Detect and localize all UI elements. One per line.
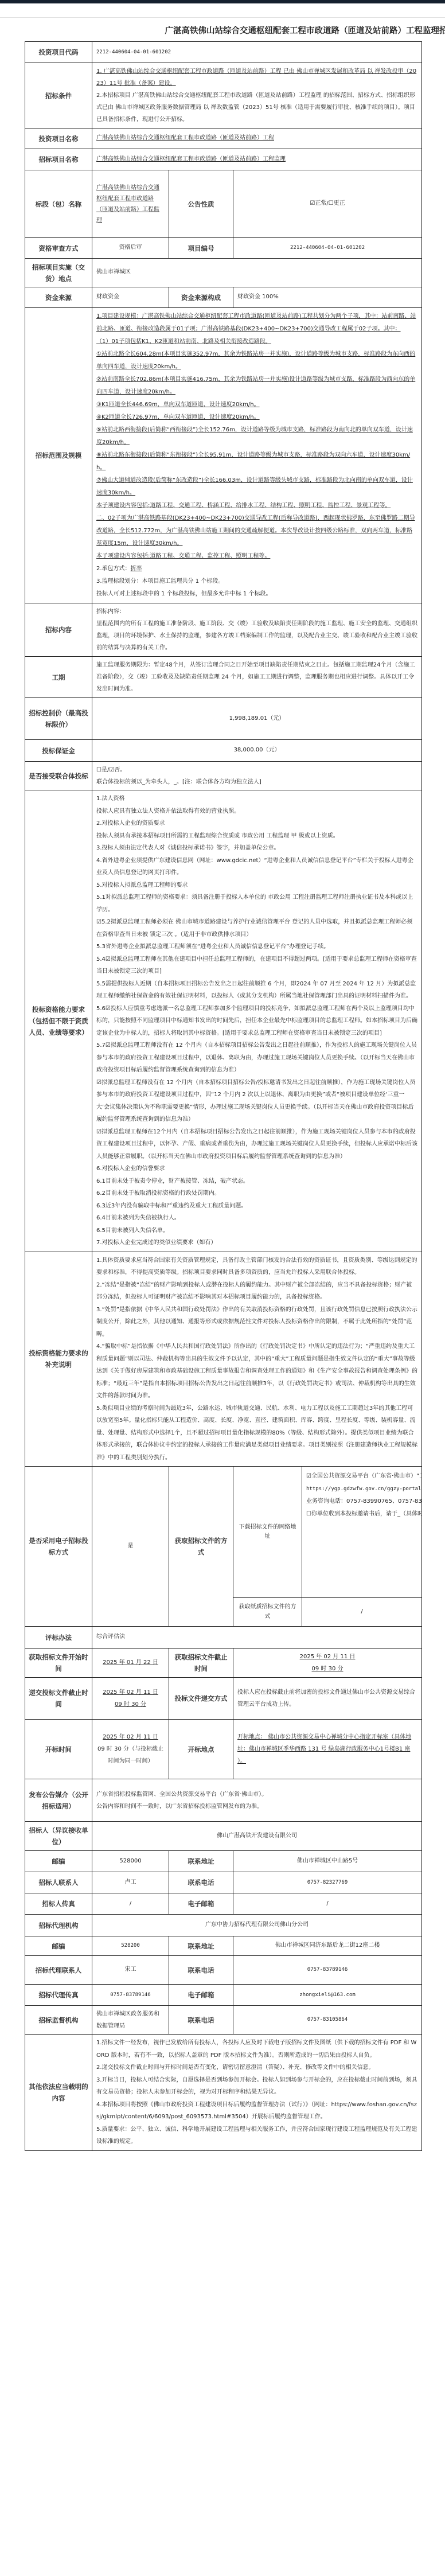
agency-email-value[interactable]: zhongxieli@163.com: [233, 1985, 422, 2006]
tender-table: 投资项目代码 2212-440604-04-01-601202 招标条件 1. …: [25, 41, 422, 2151]
monitoring-link-line: 4.本招标项目将按照《佛山市政府投资工程建设项目标后履约监督管理办法（试行）》（…: [96, 2099, 417, 2123]
label-media: 发布公告媒介（公开招标适用）: [25, 1779, 92, 1822]
row-media: 发布公告媒介（公开招标适用） 广东省招标投标监管网、全国公共资源交易平台（广东省…: [25, 1779, 422, 1822]
label-funding-composition: 资金来源构成: [169, 287, 233, 308]
scope-value: 1.项目建设规模：广湛高铁佛山站综合交通枢纽配套工程市政道路(匝道及站前路)工程…: [92, 308, 422, 603]
row-electronic: 是否采用电子招标投标方式 是 获取招标文件的方式 下载招标文件的网络地址 ☑全国…: [25, 1467, 422, 1598]
label-control-price: 招标控制价（最高投标限价）: [25, 698, 92, 740]
row-tenderer: 招标人（异议接收单位） 佛山广湛高铁开发建设有限公司: [25, 1822, 422, 1851]
row-opening: 开标时间 2025 年 02 月 11 日 09 时 30 分（与投标截止时间为…: [25, 1720, 422, 1779]
qualification-value: 资格后审: [92, 238, 169, 259]
row-funding: 资金来源 财政资金 资金来源构成 财政资金 100%: [25, 287, 422, 308]
label-funding: 资金来源: [25, 287, 92, 308]
label-conditions: 招标条件: [25, 63, 92, 128]
label-other: 其他依法应当载明的内容: [25, 2035, 92, 2151]
online-address-value: ☑全国公共资源交易平台（广东省·佛山市）“工程建设”栏目。 https://yg…: [302, 1467, 422, 1598]
row-deposit: 投标保证金 38,000.00（元）: [25, 740, 422, 762]
row-invest-code: 投资项目代码 2212-440604-04-01-601202: [25, 42, 422, 63]
scope-line: ①站前北路全长604.28m(本项目实施352.97m，其余为铁路站房一并实施)…: [96, 348, 417, 373]
row-agency-fax: 招标代理传真 0757-83789146 电子邮箱 zhongxieli@163…: [25, 1985, 422, 2006]
tenderer-postcode-value: 528000: [92, 1851, 169, 1872]
tender-name-value: 广湛高铁佛山站综合交通枢纽配套工程市政道路（匝道及站前路）工程监理: [92, 149, 422, 170]
label-supplement: 投标资格能力要求的补充说明: [25, 1252, 92, 1467]
scope-line: 二、02子项为广湛高铁路基段(DK23+400~DK23+700)交通导改工程(…: [96, 512, 417, 550]
scope-line: ⑥站前北路东衔接段(后简称“东衔接段”)全长95.91m，设计道路等级为城市支路…: [96, 449, 417, 474]
invest-code-value: 2212-440604-04-01-601202: [92, 42, 422, 63]
deposit-value: 38,000.00（元）: [92, 740, 422, 762]
supervisor-value: 佛山市禅城区政务服务和数据管理局: [92, 2006, 169, 2035]
label-submit-method: 投标文件递交方式: [169, 1678, 233, 1720]
tenderer-email-value: /: [233, 1893, 422, 1915]
tenderer-fax-value: /: [92, 1893, 169, 1915]
scope-line: 1.项目建设规模：广湛高铁佛山站综合交通枢纽配套工程市政道路(匝道及站前路)工程…: [96, 310, 417, 336]
tenderer-contact-value: 卢工: [92, 1872, 169, 1893]
tenderer-phone-value: 0757-82327769: [233, 1872, 422, 1893]
scope-line: ⑦佛山大道辅道改造段(后简称“东改造段”)全长166.03m，设计道路等级头城市…: [96, 474, 417, 500]
row-tenderer-post: 邮编 528000 联系地址 佛山市禅城区中山路5号: [25, 1851, 422, 1872]
agency-postcode-value: 528200: [92, 1936, 169, 1956]
row-tenderer-fax: 招标人传真 / 电子邮箱 /: [25, 1893, 422, 1915]
duration-value: 施工监理服务期限为：暂定48个月，从签订监理合同之日开始至项目缺陷责任期结束之日…: [92, 657, 422, 698]
label-location: 招标项目实施（交货）地点: [25, 259, 92, 287]
header-divider: [0, 17, 445, 18]
row-control-price: 招标控制价（最高投标限价） 1,998,189.01（元）: [25, 698, 422, 740]
supplement-value: 1.具体资质要求应当符合国家有关资质管理规定，具备行政主管部门核发的合法有效的资…: [92, 1252, 422, 1467]
label-opening-time: 开标时间: [25, 1720, 92, 1779]
label-agency-phone: 联系电话: [169, 1956, 233, 1985]
row-invest-name: 投资项目名称 广湛高铁佛山站综合交通枢纽配套工程市政道路（匝道及站前路）工程: [25, 128, 422, 149]
contract-mode-line: 2.承包方式：折率: [96, 563, 417, 575]
label-duration: 工期: [25, 657, 92, 698]
opening-place-value: 开标地点： 佛山市公共资源交易中心禅城分中心指定开标室（具体地址：佛山市禅城区季…: [233, 1720, 422, 1779]
control-price-value: 1,998,189.01（元）: [92, 698, 422, 740]
label-agency-postcode: 邮编: [25, 1936, 92, 1956]
row-submit: 递交投标文件截止时间 2025 年 02 月 11 日 09 时 30 分 投标…: [25, 1678, 422, 1720]
supervisor-phone-value: 0757-83105864: [233, 2006, 422, 2035]
submit-method-value: 投标人应在投标截止前将加密的投标文件通过佛山市公共资源交易综合管理云平台成功上传…: [233, 1678, 422, 1720]
label-deposit: 投标保证金: [25, 740, 92, 762]
row-supervisor: 招标监督机构 佛山市禅城区政务服务和数据管理局 联系电话 0757-831058…: [25, 2006, 422, 2035]
sections-line: 3.监理标段划分：本项目施工监理共分 1 个标段。: [96, 575, 417, 588]
bid-limit-line: 投标人可对上述标段中的 1 个标段投标，但最多允许中标 1 个标段。: [96, 588, 417, 601]
row-consortium: 是否接受联合体投标 ☐是/☑否。 联合体投标的须以_为牵头人，_。[注：联合体各…: [25, 762, 422, 790]
label-electronic: 是否采用电子招标投标方式: [25, 1467, 92, 1627]
obtain-start-value: 2025 年 01 月 22 日: [92, 1649, 169, 1678]
row-supplement: 投标资格能力要求的补充说明 1.具体资质要求应当符合国家有关资质管理规定，具备行…: [25, 1252, 422, 1467]
location-value: 佛山市禅城区: [92, 259, 422, 287]
label-qualification: 资格审查方式: [25, 238, 92, 259]
row-tenderer-contact: 招标人联系人 卢工 联系电话 0757-82327769: [25, 1872, 422, 1893]
row-duration: 工期 施工监理服务期限为：暂定48个月，从签订监理合同之日开始至项目缺陷责任期结…: [25, 657, 422, 698]
requirements-value: 1.法人资格 投标人应具有独立法人资格并依法取得有效的营业执照。 2.对投标人企…: [92, 790, 422, 1252]
label-tenderer-address: 联系地址: [169, 1851, 233, 1872]
portal-link[interactable]: https://ygp.gdzwfw.gov.cn/ggzy-portal/#/…: [306, 1483, 417, 1495]
opening-time-value: 2025 年 02 月 11 日 09 时 30 分（与投标截止时间为同一时间）: [92, 1720, 169, 1779]
row-other: 其他依法应当载明的内容 1.招标文件一经发布，视作已发放给所有投标人，各投标人应…: [25, 2035, 422, 2151]
consortium-value: ☐是/☑否。 联合体投标的须以_为牵头人，_。[注：联合体各方均为独立法人]: [92, 762, 422, 790]
label-requirements: 投标资格能力要求（包括但不限于资质人员、业绩等要求）: [25, 790, 92, 1252]
row-requirements: 投标资格能力要求（包括但不限于资质人员、业绩等要求） 1.法人资格 投标人应具有…: [25, 790, 422, 1252]
tenderer-value: 佛山广湛高铁开发建设有限公司: [92, 1822, 422, 1851]
label-submit-deadline: 递交投标文件截止时间: [25, 1678, 92, 1720]
obtain-end-value: 2025 年 02 月 11 日 09 时 30 分: [233, 1649, 422, 1678]
content-value: 招标内容： 里程范围内的所有工程的施工准备阶段、施工阶段、交（竣）工验收及缺陷责…: [92, 603, 422, 657]
tenderer-address-value: 佛山市禅城区中山路5号: [233, 1851, 422, 1872]
agency-fax-value: 0757-83789146: [92, 1985, 169, 2006]
label-obtain-method: 获取招标文件的方式: [169, 1467, 233, 1627]
agency-address-value: 佛山市禅城区同济东路后龙二街12座二楼: [233, 1936, 422, 1956]
label-opening-place: 开标地点: [169, 1720, 233, 1779]
label-tenderer-phone: 联系电话: [169, 1872, 233, 1893]
scope-line: （1）01子项包括K1、K2匝道和站前南、北路及相关衔接改造路段。: [96, 336, 417, 348]
submit-deadline-value: 2025 年 02 月 11 日 09 时 30 分: [92, 1678, 169, 1720]
label-project-code: 项目编号: [169, 238, 233, 259]
funding-composition-value: 财政资金 100%: [233, 287, 422, 308]
paper-method-value: /: [302, 1598, 422, 1627]
evaluation-value: 综合评估法: [92, 1627, 422, 1649]
row-evaluation: 评标办法 综合评估法: [25, 1627, 422, 1649]
row-scope: 招标范围及规模 1.项目建设规模：广湛高铁佛山站综合交通枢纽配套工程市政道路(匝…: [25, 308, 422, 603]
row-conditions: 招标条件 1. 广湛高铁佛山站综合交通枢纽配套工程市政道路（匝道及站前路）工程 …: [25, 63, 422, 128]
agency-phone-value: 0757-83789146: [233, 1956, 422, 1985]
row-location: 招标项目实施（交货）地点 佛山市禅城区: [25, 259, 422, 287]
tender-table-wrapper: 投资项目代码 2212-440604-04-01-601202 招标条件 1. …: [25, 41, 422, 2151]
agency-contact-value: 宋工: [92, 1956, 169, 1985]
label-supervisor: 招标监督机构: [25, 2006, 92, 2035]
label-section: 标段（包）名称: [25, 170, 92, 238]
label-scope: 招标范围及规模: [25, 308, 92, 603]
label-agency-address: 联系地址: [169, 1936, 233, 1956]
row-content: 招标内容 招标内容： 里程范围内的所有工程的施工准备阶段、施工阶段、交（竣）工验…: [25, 603, 422, 657]
contract-mode-value: 折率: [131, 566, 142, 572]
row-agency-contact: 招标代理联系人 宋工 联系电话 0757-83789146: [25, 1956, 422, 1985]
label-tenderer: 招标人（异议接收单位）: [25, 1822, 92, 1851]
label-nature: 公告性质: [169, 170, 233, 238]
other-value: 1.招标文件一经发布，视作已发放给所有投标人，各投标人应及时下载电子版招标文件及…: [92, 2035, 422, 2151]
nature-value: ☑正常/☐更正: [233, 170, 422, 238]
row-qualification: 资格审查方式 资格后审 项目编号 2212-440604-04-01-60120…: [25, 238, 422, 259]
condition-line: 1. 广湛高铁佛山站综合交通枢纽配套工程市政道路（匝道及站前路）工程 已由 佛山…: [96, 65, 417, 89]
scope-line: 本子项建设内容包括:道路工程、交通工程、监控工程、照明工程等。: [96, 550, 417, 563]
label-agency: 招标代理机构: [25, 1915, 92, 1936]
funding-value: 财政资金: [92, 287, 169, 308]
row-agency-post: 邮编 528200 联系地址 佛山市禅城区同济东路后龙二街12座二楼: [25, 1936, 422, 1956]
electronic-value: 是: [92, 1467, 169, 1627]
label-invest-code: 投资项目代码: [25, 42, 92, 63]
label-tenderer-fax: 招标人传真: [25, 1893, 92, 1915]
conditions-value: 1. 广湛高铁佛山站综合交通枢纽配套工程市政道路（匝道及站前路）工程 已由 佛山…: [92, 63, 422, 128]
scope-line: ③K1匝道全长446.69m，单向双车道匝道，设计速度20km/h。: [96, 399, 417, 411]
label-supervisor-phone: 联系电话: [169, 2006, 233, 2035]
row-obtain-time: 获取招标文件开始时间 2025 年 01 月 22 日 获取招标文件截止时间 2…: [25, 1649, 422, 1678]
label-tender-name: 招标项目名称: [25, 149, 92, 170]
label-content: 招标内容: [25, 603, 92, 657]
row-agency: 招标代理机构 广东中协力招标代理有限公司佛山分公司: [25, 1915, 422, 1936]
label-evaluation: 评标办法: [25, 1627, 92, 1649]
label-agency-fax: 招标代理传真: [25, 1985, 92, 2006]
page-title: 广湛高铁佛山站综合交通枢纽配套工程市政道路（匝道及站前路）工程监理招标公告: [0, 24, 445, 36]
label-agency-contact: 招标代理联系人: [25, 1956, 92, 1985]
scope-line: ④K2匝道全长726.97m，单向双车道匝道，设计速度20km/h。: [96, 411, 417, 424]
media-value: 广东省招标投标监管网、全国公共资源交易平台（广东省·佛山市）。 公告内容和时间不…: [92, 1779, 422, 1822]
condition-line: 2.本招标项目 广湛高铁佛山站综合交通枢纽配套工程市政道路（匝道及站前路）工程监…: [96, 89, 417, 126]
scope-line: ②站前南路全长702.86m(本项目实施416.75m，其余为铁路站房一并实施)…: [96, 373, 417, 399]
project-code-value: 2212-440604-04-01-601202: [233, 238, 422, 259]
scope-line: ⑤站前北路西衔接段(后简称“西衔接段”)全长152.76m，设计道路等级为城市支…: [96, 424, 417, 449]
label-obtain-end: 获取招标文件截止时间: [169, 1649, 233, 1678]
row-section: 标段（包）名称 广湛高铁佛山站综合交通枢纽配套工程市政道路（匝道及站前路）工程监…: [25, 170, 422, 238]
label-paper-method: 获取纸质招标文件的方式: [233, 1598, 302, 1627]
label-tenderer-postcode: 邮编: [25, 1851, 92, 1872]
scope-line: 本子项建设内容包括:道路工程、交通工程、桥涵工程、给排水工程、结构工程、照明工程…: [96, 500, 417, 512]
agency-value: 广东中协力招标代理有限公司佛山分公司: [92, 1915, 422, 1936]
label-online-address: 下载招标文件的网络地址: [233, 1467, 302, 1598]
row-tender-name: 招标项目名称 广湛高铁佛山站综合交通枢纽配套工程市政道路（匝道及站前路）工程监理: [25, 149, 422, 170]
section-value: 广湛高铁佛山站综合交通枢纽配套工程市政道路（匝道及站前路）工程监理: [92, 170, 169, 238]
label-invest-name: 投资项目名称: [25, 128, 92, 149]
top-bar: [0, 0, 445, 3]
label-tenderer-email: 电子邮箱: [169, 1893, 233, 1915]
label-obtain-start: 获取招标文件开始时间: [25, 1649, 92, 1678]
label-agency-email: 电子邮箱: [169, 1985, 233, 2006]
invest-name-value: 广湛高铁佛山站综合交通枢纽配套工程市政道路（匝道及站前路）工程: [92, 128, 422, 149]
label-consortium: 是否接受联合体投标: [25, 762, 92, 790]
label-tenderer-contact: 招标人联系人: [25, 1872, 92, 1893]
